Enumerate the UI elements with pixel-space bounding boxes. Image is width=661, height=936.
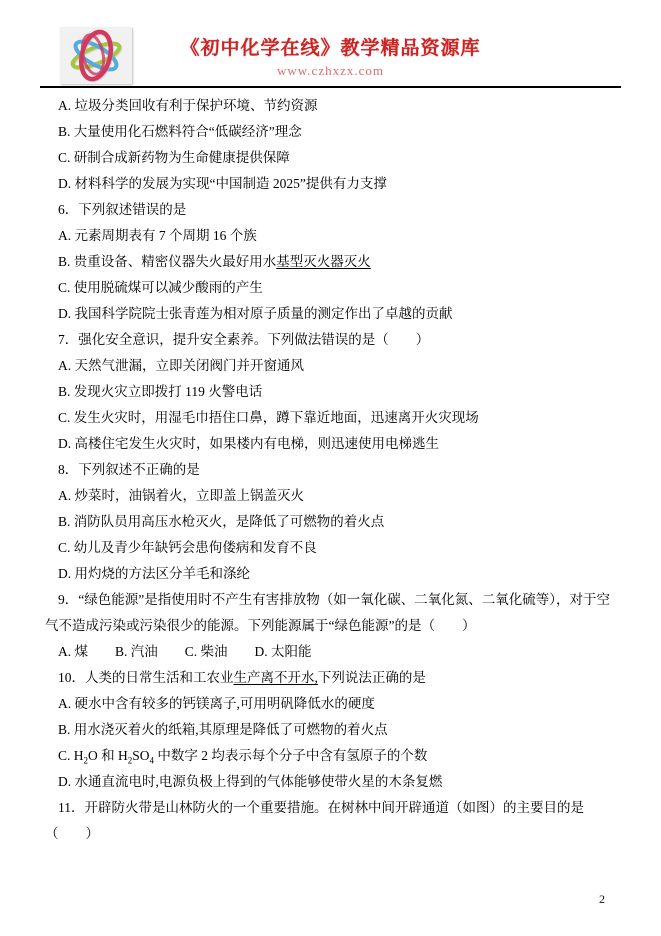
line-text: A. 煤 B. 汽油 C. 柴油 D. 太阳能 bbox=[58, 644, 312, 659]
line-text: C. 幼儿及青少年缺钙会患佝偻病和发育不良 bbox=[58, 540, 317, 555]
text-line: D. 用灼烧的方法区分羊毛和涤纶 bbox=[45, 561, 621, 587]
text-line: 8．下列叙述不正确的是 bbox=[45, 457, 621, 483]
line-text: O 和 H bbox=[88, 748, 128, 763]
text-line: 9．“绿色能源”是指使用时不产生有害排放物（如一氧化碳、二氧化氮、二氧化硫等），… bbox=[45, 587, 621, 639]
text-line: A. 天然气泄漏，立即关闭阀门并开窗通风 bbox=[45, 353, 621, 379]
page-header: 《初中化学在线》教学精品资源库 www.czhxzx.com bbox=[0, 0, 661, 89]
line-text: A. 垃圾分类回收有利于保护环境、节约资源 bbox=[58, 98, 318, 113]
line-text: 中数字 2 均表示每个分子中含有氢原子的个数 bbox=[154, 748, 427, 763]
text-line: C. H2O 和 H2SO4 中数字 2 均表示每个分子中含有氢原子的个数 bbox=[45, 743, 621, 769]
line-text: D. 高楼住宅发生火灾时，如果楼内有电梯，则迅速使用电梯逃生 bbox=[58, 436, 439, 451]
line-text: D. 材料科学的发展为实现“中国制造 2025”提供有力支撑 bbox=[58, 176, 387, 191]
line-text: D. 用灼烧的方法区分羊毛和涤纶 bbox=[58, 566, 250, 581]
header-text-block: 《初中化学在线》教学精品资源库 www.czhxzx.com bbox=[0, 33, 661, 79]
text-line: B. 大量使用化石燃料符合“低碳经济”理念 bbox=[45, 119, 621, 145]
line-text: C. H bbox=[58, 748, 84, 763]
text-line: D. 材料科学的发展为实现“中国制造 2025”提供有力支撑 bbox=[45, 171, 621, 197]
line-text: B. 消防队员用高压水枪灭火，是降低了可燃物的着火点 bbox=[58, 514, 384, 529]
text-line: D. 高楼住宅发生火灾时，如果楼内有电梯，则迅速使用电梯逃生 bbox=[45, 431, 621, 457]
text-line: B. 贵重设备、精密仪器失火最好用水基型灭火器灭火 bbox=[45, 249, 621, 275]
line-text: A. 炒菜时，油锅着火，立即盖上锅盖灭火 bbox=[58, 488, 304, 503]
line-text: C. 使用脱硫煤可以减少酸雨的产生 bbox=[58, 280, 263, 295]
line-text: SO bbox=[132, 748, 149, 763]
text-line: C. 使用脱硫煤可以减少酸雨的产生 bbox=[45, 275, 621, 301]
line-text: C. 发生火灾时，用湿毛巾捂住口鼻，蹲下靠近地面，迅速离开火灾现场 bbox=[58, 410, 479, 425]
text-line: C. 研制合成新药物为生命健康提供保障 bbox=[45, 145, 621, 171]
line-text: A. 硬水中含有较多的钙镁离子,可用明矾降低水的硬度 bbox=[58, 696, 375, 711]
line-text: 9．“绿色能源”是指使用时不产生有害排放物（如一氧化碳、二氧化氮、二氧化硫等），… bbox=[45, 592, 610, 633]
text-line: A. 垃圾分类回收有利于保护环境、节约资源 bbox=[45, 93, 621, 119]
text-line: 11．开辟防火带是山林防火的一个重要措施。在树林中间开辟通道（如图）的主要目的是… bbox=[45, 795, 621, 847]
text-line: 10．人类的日常生活和工农业生产离不开水,下列说法正确的是 bbox=[45, 665, 621, 691]
text-line: B. 消防队员用高压水枪灭火，是降低了可燃物的着火点 bbox=[45, 509, 621, 535]
line-text: C. 研制合成新药物为生命健康提供保障 bbox=[58, 150, 290, 165]
line-text: B. 发现火灾立即拨打 119 火警电话 bbox=[58, 384, 262, 399]
line-text: A. 天然气泄漏，立即关闭阀门并开窗通风 bbox=[58, 358, 304, 373]
line-text: B. 用水浇灭着火的纸箱,其原理是降低了可燃物的着火点 bbox=[58, 722, 388, 737]
text-line: A. 炒菜时，油锅着火，立即盖上锅盖灭火 bbox=[45, 483, 621, 509]
text-line: A. 煤 B. 汽油 C. 柴油 D. 太阳能 bbox=[45, 639, 621, 665]
line-text: 11．开辟防火带是山林防火的一个重要措施。在树林中间开辟通道（如图）的主要目的是… bbox=[45, 800, 584, 841]
text-line: D. 我国科学院院士张青莲为相对原子质量的测定作出了卓越的贡献 bbox=[45, 301, 621, 327]
line-text: 生产离不开水, bbox=[234, 670, 318, 685]
line-text: 基型灭火器灭火 bbox=[276, 254, 371, 269]
text-line: B. 用水浇灭着火的纸箱,其原理是降低了可燃物的着火点 bbox=[45, 717, 621, 743]
page-number: 2 bbox=[599, 892, 605, 907]
question-list: A. 垃圾分类回收有利于保护环境、节约资源B. 大量使用化石燃料符合“低碳经济”… bbox=[45, 93, 621, 847]
line-text: 10．人类的日常生活和工农业 bbox=[58, 670, 234, 685]
line-text: B. 大量使用化石燃料符合“低碳经济”理念 bbox=[58, 124, 302, 139]
text-line: A. 硬水中含有较多的钙镁离子,可用明矾降低水的硬度 bbox=[45, 691, 621, 717]
text-line: C. 发生火灾时，用湿毛巾捂住口鼻，蹲下靠近地面，迅速离开火灾现场 bbox=[45, 405, 621, 431]
text-line: B. 发现火灾立即拨打 119 火警电话 bbox=[45, 379, 621, 405]
text-line: 6．下列叙述错误的是 bbox=[45, 197, 621, 223]
text-line: A. 元素周期表有 7 个周期 16 个族 bbox=[45, 223, 621, 249]
line-text: B. 贵重设备、精密仪器失火最好用水 bbox=[58, 254, 276, 269]
site-url: www.czhxzx.com bbox=[0, 63, 661, 79]
text-line: D. 水通直流电时,电源负极上得到的气体能够使带火星的木条复燃 bbox=[45, 769, 621, 795]
line-text: A. 元素周期表有 7 个周期 16 个族 bbox=[58, 228, 257, 243]
line-text: 下列说法正确的是 bbox=[318, 670, 426, 685]
line-text: D. 水通直流电时,电源负极上得到的气体能够使带火星的木条复燃 bbox=[58, 774, 442, 789]
text-line: C. 幼儿及青少年缺钙会患佝偻病和发育不良 bbox=[45, 535, 621, 561]
document-page: 《初中化学在线》教学精品资源库 www.czhxzx.com A. 垃圾分类回收… bbox=[0, 0, 661, 936]
header-divider bbox=[40, 86, 621, 88]
line-text: D. 我国科学院院士张青莲为相对原子质量的测定作出了卓越的贡献 bbox=[58, 306, 453, 321]
line-text: 7．强化安全意识，提升安全素养。下列做法错误的是（ ） bbox=[58, 332, 429, 347]
line-text: 6．下列叙述错误的是 bbox=[58, 202, 186, 217]
text-line: 7．强化安全意识，提升安全素养。下列做法错误的是（ ） bbox=[45, 327, 621, 353]
site-title: 《初中化学在线》教学精品资源库 bbox=[0, 33, 661, 60]
line-text: 8．下列叙述不正确的是 bbox=[58, 462, 200, 477]
